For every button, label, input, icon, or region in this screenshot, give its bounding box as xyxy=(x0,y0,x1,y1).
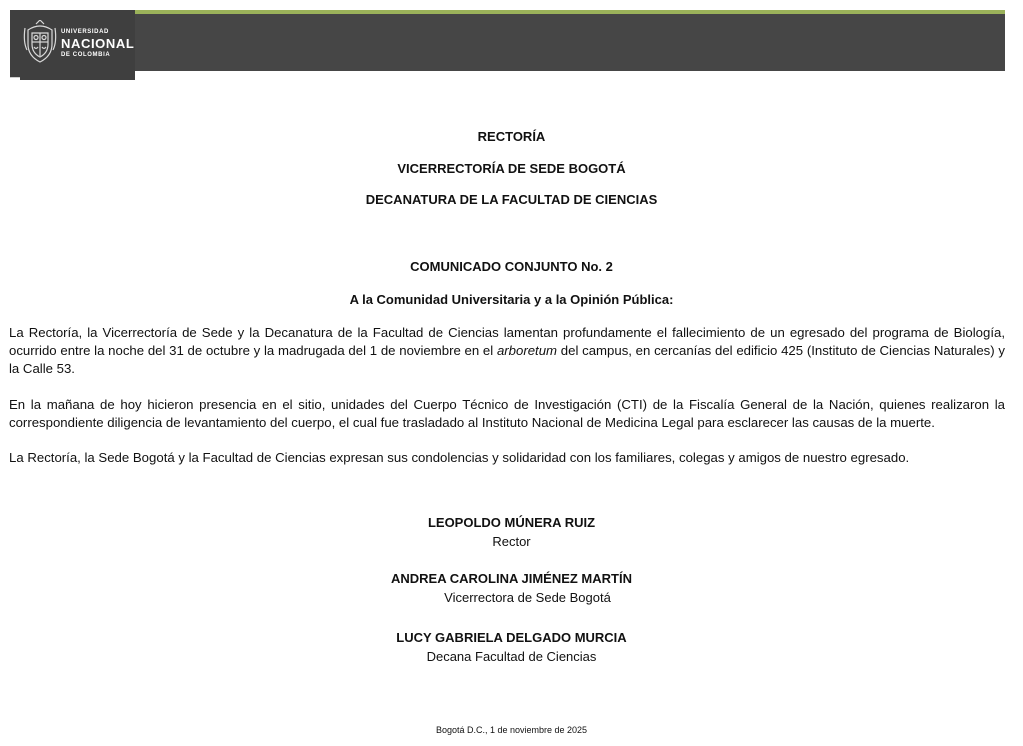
paragraph-announcement-italic: arboretum xyxy=(497,343,557,358)
communique-title: COMUNICADO CONJUNTO No. 2 xyxy=(0,259,1023,274)
signatory-name-vicerrectora: ANDREA CAROLINA JIMÉNEZ MARTÍN xyxy=(0,571,1023,586)
heading-decanatura: DECANATURA DE LA FACULTAD DE CIENCIAS xyxy=(0,192,1023,207)
heading-vicerrectoria: VICERRECTORÍA DE SEDE BOGOTÁ xyxy=(0,161,1023,176)
addressee-line: A la Comunidad Universitaria y a la Opin… xyxy=(0,292,1023,307)
logo-wordmark: UNIVERSIDAD NACIONAL DE COLOMBIA xyxy=(61,29,134,58)
paragraph-investigation: En la mañana de hoy hicieron presencia e… xyxy=(9,396,1005,432)
paragraph-condolences: La Rectoría, la Sede Bogotá y la Faculta… xyxy=(9,449,1005,467)
document-page: UNIVERSIDAD NACIONAL DE COLOMBIA RECTORÍ… xyxy=(0,0,1023,746)
signatory-role-rector: Rector xyxy=(0,534,1023,549)
logo-line-universidad: UNIVERSIDAD xyxy=(61,29,134,35)
footer-date: Bogotá D.C., 1 de noviembre de 2025 xyxy=(0,725,1023,735)
heading-rectoria: RECTORÍA xyxy=(0,129,1023,144)
signatory-name-rector: LEOPOLDO MÚNERA RUIZ xyxy=(0,515,1023,530)
signatory-name-decana: LUCY GABRIELA DELGADO MURCIA xyxy=(0,630,1023,645)
signatory-role-decana: Decana Facultad de Ciencias xyxy=(0,649,1023,664)
header-accent-stripe xyxy=(135,10,1005,14)
university-crest-icon xyxy=(22,20,58,64)
logo-line-nacional: NACIONAL xyxy=(61,37,134,50)
logo-line-de-colombia: DE COLOMBIA xyxy=(61,52,134,58)
header-bar xyxy=(10,10,1005,71)
signatory-role-vicerrectora: Vicerrectora de Sede Bogotá xyxy=(16,590,1023,605)
paragraph-announcement: La Rectoría, la Vicerrectoría de Sede y … xyxy=(9,324,1005,378)
